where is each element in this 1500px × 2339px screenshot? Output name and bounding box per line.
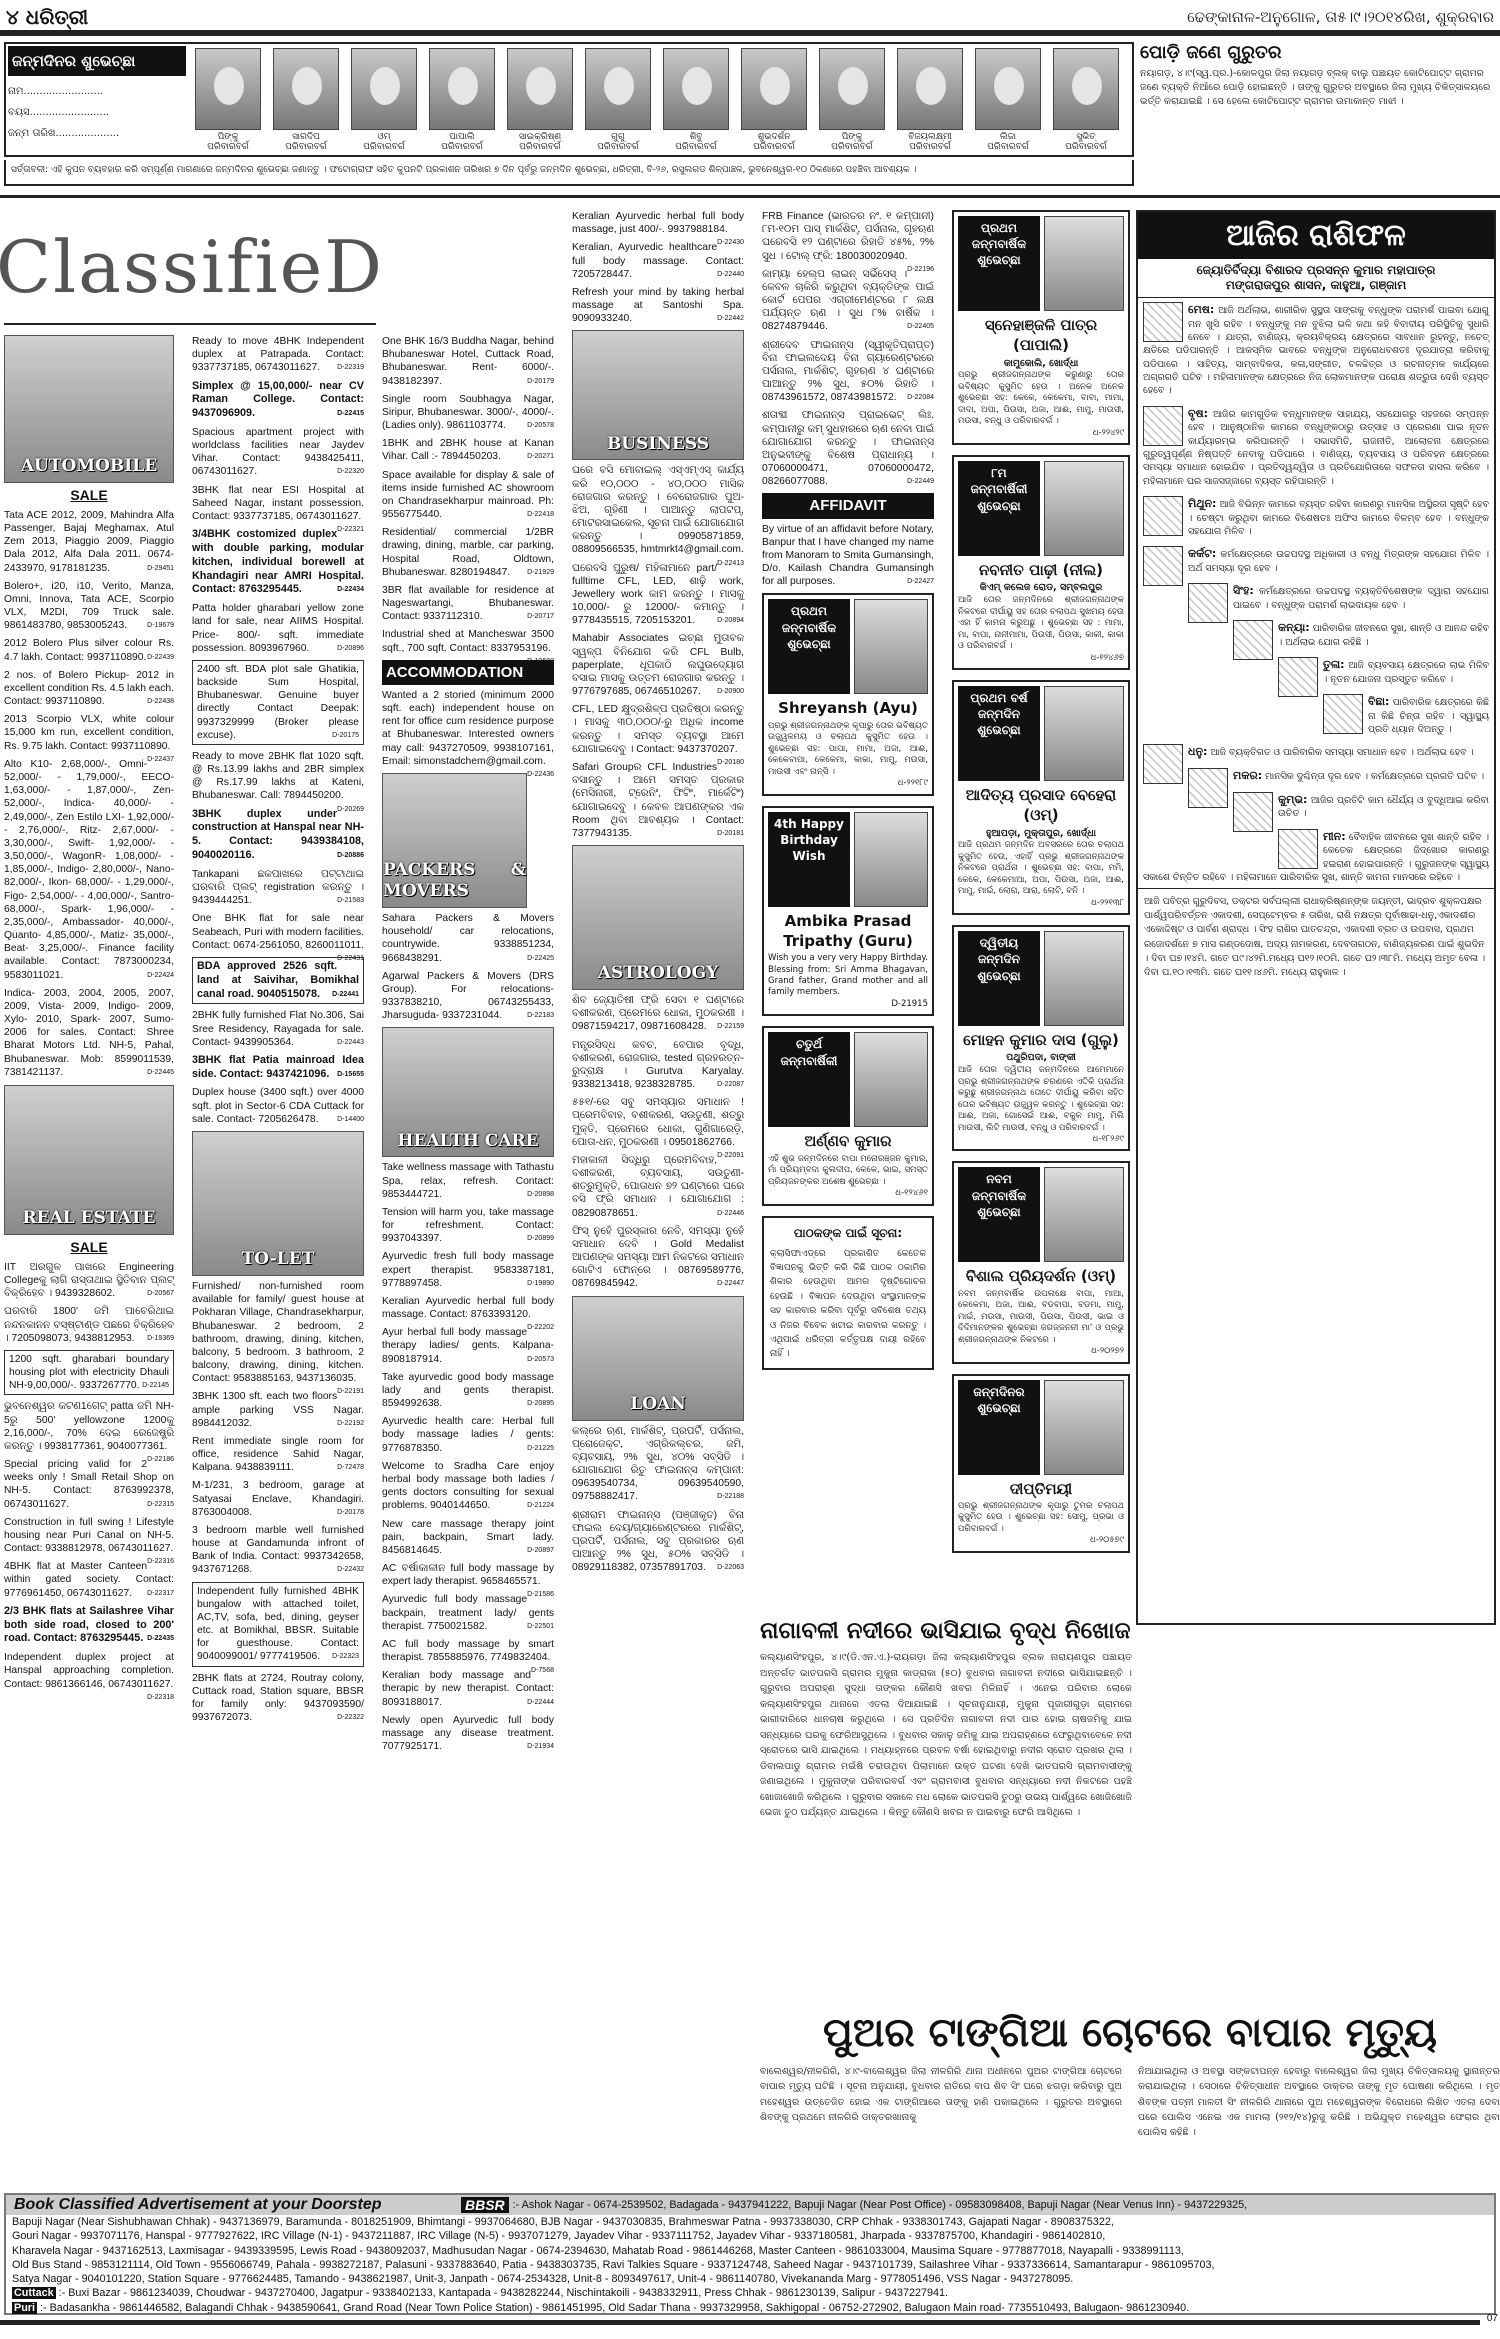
wish-top: ଜନ୍ମଦିନର ଶୁଭେଚ୍ଛା xyxy=(958,1380,1124,1475)
reader-notice-text: କ୍ଲାସିଫାଏଡ୍‌ରେ ପ୍ରକାଶିତ କେତେକ ବିଜ୍ଞାପନକୁ… xyxy=(770,1247,926,1362)
wish-tag: ପ୍ରଥମ ଜନ୍ମବାର୍ଷିକ ଶୁଭେଚ୍ଛା xyxy=(958,216,1040,311)
ad-code: D-21225 xyxy=(527,1445,554,1454)
kid-wisher: ପରିବାରବର୍ଗ xyxy=(1050,142,1122,152)
zodiac-entry: ମିଥୁନ: ଆଜି ବିଭିନ୍ନ କାମରେ ବ୍ୟସ୍ତ ରହିବା କା… xyxy=(1138,492,1494,542)
kid-card: ସୁଭିତ୍ପରିବାରବର୍ଗ xyxy=(1050,48,1122,151)
news-father-body-left: ବାଲେଶ୍ୱର/ନୀଳଗିରି, ୪।୯-ବାଲେଶ୍ୱର ଜିଲା ନୀଳଗ… xyxy=(760,2064,1122,2141)
ad-code: D-20900 xyxy=(717,688,744,697)
ad-text: Independent fully furnished 4BHK bungalo… xyxy=(197,1586,359,1663)
ad-code: D-21929 xyxy=(527,569,554,578)
zodiac-sign-icon xyxy=(1233,792,1273,832)
horoscope-title: ଆଜିର ରାଶିଫଳ xyxy=(1138,212,1494,259)
news-river-body: କଲ୍ୟାଣସିଂହପୁର, ୪।୯(ଡି.ଏନ.ଏ.)-ରାୟଗଡ଼ା ଜିଲ… xyxy=(760,1650,1132,1821)
wish-photo xyxy=(1044,216,1124,311)
zodiac-sign-icon xyxy=(1278,657,1318,697)
classified-ad: 1200 sqft. gharabari boundary housing pl… xyxy=(4,1350,174,1396)
ad-text: 2013 Scorpio VLX, white colour 15,000 km… xyxy=(4,714,174,751)
birthday-wish-ad: ଚତୁର୍ଥ ଜନ୍ମବାର୍ଷିକୀଅର୍ଣ୍ଣବ କୁମାରଏହି ଶୁଭ … xyxy=(762,1026,934,1205)
ad-code: D-22438 xyxy=(147,698,174,707)
ad-text: ଶତାବ୍ଦୀ ଫାଇନାନ୍ସ ପ୍ରାଇଭେଟ୍ ଲିଃ. କମ୍ପାନୀର… xyxy=(762,410,934,487)
real-estate-ads: IIT ଅରଗୁଳ ପାଖରେ Engineering Collegeକୁ ଲା… xyxy=(4,1261,174,1691)
dateline: ଢେଙ୍କାନାଳ-ଅନୁଗୋଳ, ତା୫।୯।୨୦୧୪ରିଖ, ଶୁକ୍ରବା… xyxy=(1187,8,1494,26)
ad-code: D-22436 xyxy=(527,771,554,780)
kid-photo xyxy=(1053,48,1119,130)
zodiac-text: ମାନସିକ ଦୁଶ୍ଚିନ୍ତା ଦୂର ହେବ । କର୍ମକ୍ଷେତ୍ରର… xyxy=(1265,771,1484,782)
ad-code: D-20899 xyxy=(527,1235,554,1244)
classified-ad: Newly open Ayurvedic full body massage a… xyxy=(382,1714,554,1754)
booking-line: Kharavela Nagar - 9437162513, Laxmisagar… xyxy=(6,2244,1494,2258)
ad-code: ଧ-୨୦୨୭୨ xyxy=(958,1346,1124,1357)
ad-text: କଲ୍‌ରେ ଋଣ, ମାର୍କଶିଟ୍, ପ୍ରପର୍ଟି, ପର୍ସନାଲ,… xyxy=(572,1426,744,1503)
wish-photo xyxy=(1044,931,1124,1026)
classified-ad: ୫୫୧/-ରେ ସବୁ ସମସ୍ୟାର ସମାଧାନ ! ପ୍ରେମବିବାହ,… xyxy=(572,1096,744,1149)
ad-code: D-7568 xyxy=(531,1667,554,1676)
wish-message: ଆଜି ତୋର ଜନ୍ମଦିନରେ ଶ୍ରୀଜଗନ୍ନାଥଙ୍କ ନିକଟରେ … xyxy=(958,595,1124,652)
classified-ad: Alto K10- 2,68,000/-, Omni- 52,000/- - 1… xyxy=(4,758,174,982)
classified-ad: Refresh your mind by taking herbal massa… xyxy=(572,286,744,326)
kid-name: ଓମ୍ xyxy=(348,132,420,142)
classified-ad: BDA approved 2526 sqft. land at Saivihar… xyxy=(192,957,364,1004)
ad-code: D-22424 xyxy=(147,972,174,981)
birthday-wish-ad: ୮ମ ଜନ୍ମବାର୍ଷିକୀ ଶୁଭେଚ୍ଛାନବନୀତ ପାଢ଼ୀ (ନୀଲ… xyxy=(952,455,1130,670)
classified-ad: ମହାକାଳୀ ସିଦ୍ଧିରୁ ପ୍ରେମବିବାହ, ବଶୀକରଣ, ବ୍ୟ… xyxy=(572,1154,744,1220)
ad-code: D-22445 xyxy=(147,1069,174,1078)
classified-masthead: ClassifieD xyxy=(4,210,376,325)
classified-ad: Sahara Packers & Movers household/ car r… xyxy=(382,912,554,965)
wish-name: Ambika Prasad Tripathy (Guru) xyxy=(768,911,928,952)
reader-notice: ପାଠକଙ୍କ ପାଇଁ ସୂଚନା: କ୍ଲାସିଫାଏଡ୍‌ରେ ପ୍ରକା… xyxy=(762,1216,934,1370)
cuttack-line: Cuttack :- Buxi Bazar - 9861234039, Chou… xyxy=(6,2286,1494,2300)
ad-code: D-20894 xyxy=(717,617,744,626)
classified-ad: Take wellness massage with Tathastu Spa,… xyxy=(382,1161,554,1201)
booking-line: Gouri Nagar - 9937071176, Hanspal - 9777… xyxy=(6,2229,1494,2243)
coupon-field-name: ନାମ......................... xyxy=(8,86,186,97)
birthday-wish-ad: ପ୍ରଥମ ଜନ୍ମବାର୍ଷିକ ଶୁଭେଚ୍ଛାସ୍ନେହାଞ୍ଜଳି ପା… xyxy=(952,210,1130,445)
kid-photo xyxy=(741,48,807,130)
ad-text: Indica- 2003, 2004, 2005, 2007, 2009, Vi… xyxy=(4,988,174,1078)
wish-top: ପ୍ରଥମ ବର୍ଷ ଜନ୍ମଦିନ ଶୁଭେଚ୍ଛା xyxy=(958,686,1124,781)
kid-card: ସାରଦିପପରିବାରବର୍ଗ xyxy=(270,48,342,151)
ad-text: Wanted a 2 storied (minimum 2000 sqft. e… xyxy=(382,690,554,767)
ad-text: AC full body massage by smart therapist.… xyxy=(382,1639,554,1663)
booking-title: Book Classified Advertisement at your Do… xyxy=(6,2196,461,2214)
horoscope-author: ଜ୍ୟୋତିର୍ବିଦ୍ୟା ବିଶାରଦ ପ୍ରସନ୍ନ କୁମାର ମହାପ… xyxy=(1138,259,1494,298)
wish-photo xyxy=(1044,1167,1124,1262)
wish-top: 4th Happy Birthday Wish xyxy=(768,812,928,907)
author-address: ମଙ୍ଗରାଜପୁର ଶାସନ, କାହୁଆ, ଗଞ୍ଜାମ xyxy=(1142,278,1490,293)
kid-wisher: ପରିବାରବର୍ଗ xyxy=(192,142,264,152)
ad-code: D-20179 xyxy=(527,378,554,387)
tolet-banner-image: TO-LET xyxy=(192,1131,364,1276)
wish-top: ପ୍ରଥମ ଜନ୍ମବାର୍ଷିକ ଶୁଭେଚ୍ଛା xyxy=(768,599,928,694)
wish-message: ଏହି ଶୁଭ ଜନ୍ମଦିନରେ ବାପା ମନୋରଞ୍ଜନ କୁମାର, ମ… xyxy=(768,1154,928,1188)
birthday-wish-ad: ପ୍ରଥମ ଜନ୍ମବାର୍ଷିକ ଶୁଭେଚ୍ଛାShreyansh (Ayu… xyxy=(762,593,934,795)
birthday-wish-ad: ଜନ୍ମଦିନର ଶୁଭେଚ୍ଛାଦୀପ୍ତିମୟୀପ୍ରଭୁ ଶ୍ରୀଜଗନ୍… xyxy=(952,1374,1130,1553)
birthday-wish-ad: ଦ୍ୱିତୀୟ ଜନ୍ମଦିନ ଶୁଭେଚ୍ଛାମୋହନ କୁମାର ଦାସ (… xyxy=(952,925,1130,1151)
wish-message: ନବମ ଜନ୍ମବାର୍ଷିକ ଉପଲକ୍ଷେ ବାପା, ମାଆ, କେକେମ… xyxy=(958,1289,1124,1346)
classified-ad: 2 nos. of Bolero Pickup- 2012 in excelle… xyxy=(4,669,174,709)
ad-code: D-20271 xyxy=(527,453,554,462)
kid-photo xyxy=(975,48,1041,130)
ad-code: D-22405 xyxy=(907,323,934,332)
kids-photo-row: ପିଙ୍କୁପରିବାରବର୍ଗସାରଦିପପରିବାରବର୍ଗଓମ୍ପରିବା… xyxy=(188,44,1126,155)
wish-message: Wish you a very very Happy Birthday. Ble… xyxy=(768,953,928,999)
classified-ad: ଶ୍ରୀରାମ ଫାଇନାନ୍ସ (ପଞ୍ଜୀକୃତ) ବିନା ଫାଇଲ ଦେ… xyxy=(572,1509,744,1575)
classified-ad: 2/3 BHK flats at Sailashree Vihar both s… xyxy=(4,1605,174,1646)
business-banner-image: BUSINESS xyxy=(572,330,744,460)
kid-photo xyxy=(507,48,573,130)
booking-agents-box: Book Classified Advertisement at your Do… xyxy=(4,2193,1496,2315)
ad-code: ଧ-୨୨୪୨୯ xyxy=(958,428,1124,439)
classified-ad: Rent immediate single room for office, r… xyxy=(192,1435,364,1475)
ad-code: D-19679 xyxy=(147,622,174,631)
zodiac-text: ଆଜିର ପ୍ରତିଟି କାମ ଧୈର୍ଯ୍ୟ ଓ ବୁଦ୍ଧିଆଇ କରିବ… xyxy=(1278,795,1489,820)
classified-ad: 2BHK fully furnished Flat No.306, Sai Sr… xyxy=(192,1009,364,1049)
zodiac-text: କର୍ମକ୍ଷେତ୍ରରେ ଉଚ୍ଚପଦସ୍ଥ ବ୍ୟକ୍ତିବିଶେଷଙ୍କ … xyxy=(1233,586,1489,611)
loan-banner-image: LOAN xyxy=(572,1296,744,1421)
wish-name: ବିଶାଲ ପ୍ରିୟଦର୍ଶନ (ଓମ୍) xyxy=(958,1266,1124,1286)
classified-ad: 2400 sft. BDA plot sale Ghatikia, backsi… xyxy=(192,660,364,745)
wish-message: ଆଜି ତୋର ଦ୍ୱିତୀୟ ଜନ୍ମଦିନରେ ଆମେମାନେ ପ୍ରଭୁ … xyxy=(958,1065,1124,1134)
zodiac-text: ଆଜି ବ୍ୟକ୍ତିଗତ ଓ ପାରିବାରିକ ସମସ୍ୟା ସମାଧାନ … xyxy=(1210,747,1473,758)
ad-code: D-22191 xyxy=(337,1388,364,1397)
kid-photo xyxy=(585,48,651,130)
automobile-banner-image: AUTOMOBILE xyxy=(4,335,174,483)
classified-ad: ଘରବାରି 1800' ଜମି ପାଚେରିଥାଇ ନନ୍ଦନକାନନ ବସ୍… xyxy=(4,1305,174,1345)
ad-code: D-20886 xyxy=(337,852,364,861)
ad-code: D-22087 xyxy=(717,1081,744,1090)
wish-tag: ନବମ ଜନ୍ମବାର୍ଷିକ ଶୁଭେଚ୍ଛା xyxy=(958,1167,1040,1262)
tolet-label: TO-LET xyxy=(242,1249,315,1271)
classified-ad: One BHK 16/3 Buddha Nagar, behind Bhuban… xyxy=(382,335,554,388)
zodiac-text: ଆଜିର କାମଗୁଡିକ ବନ୍ଧୁମାନଙ୍କ ସାହାଯ୍ୟ, ସହଯୋଗ… xyxy=(1143,409,1489,487)
ad-code: D-22188 xyxy=(717,1493,744,1502)
ad-code: D-22439 xyxy=(147,654,174,663)
zodiac-name: କନ୍ୟା: xyxy=(1278,621,1310,634)
booking-line: Bapuji Nagar (Near Sishubhawan Chhak) - … xyxy=(6,2215,1494,2229)
ad-text: FRB Finance (ଭାରତର ନଂ. ୧ କମ୍ପାନୀ) ୮ମ-୧୦ମ… xyxy=(762,211,934,262)
wish-place: କାମୁକୋଲି, ଖୋର୍ଦ୍ଧା xyxy=(958,358,1124,371)
wish-top: ପ୍ରଥମ ଜନ୍ମବାର୍ଷିକ ଶୁଭେଚ୍ଛା xyxy=(958,216,1124,311)
classified-ad: Special pricing valid for 2 weeks only !… xyxy=(4,1458,174,1511)
zodiac-sign-icon xyxy=(1143,406,1183,446)
ad-code: D-22425 xyxy=(527,955,554,964)
kid-wisher: ପରିବାରବର୍ଗ xyxy=(972,142,1044,152)
wish-message: ପ୍ରଭୁ ଶ୍ରୀଜଗନ୍ନାଥଙ୍କ କରୁଣାରୁ ତୋର ଭବିଷ୍ୟତ… xyxy=(958,370,1124,427)
classified-ad: Ayurvedic health care: Herbal full body … xyxy=(382,1415,554,1455)
ad-code: ଧ-୨୨୧୩୮ xyxy=(958,898,1124,909)
page-label: ୪ ଧରିତ୍ରୀ xyxy=(6,5,88,29)
classified-ad: Bolero+, i20, i10, Verito, Manza, Omni, … xyxy=(4,580,174,633)
ad-code: D-22317 xyxy=(147,1590,174,1599)
ad-code: D-19680 xyxy=(527,658,554,667)
kid-name: ଲିଜା xyxy=(972,132,1044,142)
kid-name: ପାପାଲି xyxy=(426,132,498,142)
packers-label: PACKERS & MOVERS xyxy=(383,860,526,904)
classified-ad: 2012 Bolero Plus silver colour Rs. 4.7 l… xyxy=(4,637,174,663)
ad-code: D-20897 xyxy=(527,1547,554,1556)
birthday-wish-ad: ପ୍ରଥମ ବର୍ଷ ଜନ୍ମଦିନ ଶୁଭେଚ୍ଛାଆଦିତ୍ୟ ପ୍ରସାଦ… xyxy=(952,680,1130,915)
news-father: ପୁଅର ଟାଙ୍ଗିଆ ଚୋଟରେ ବାପାର ମୃତ୍ୟୁ ବାଲେଶ୍ୱର… xyxy=(760,2010,1500,2141)
ad-code: D-22319 xyxy=(337,364,364,373)
news-river: ନାଗାବଳୀ ନଦୀରେ ଭାସିଯାଇ ବୃଦ୍ଧ ନିଖୋଜ କଲ୍ୟାଣ… xyxy=(760,1618,1132,1821)
ad-code: D-22321 xyxy=(337,526,364,535)
cuttack-agents: :- Buxi Bazar - 9861234039, Choudwar - 9… xyxy=(59,2287,948,2299)
zodiac-entry: ବିଛା: ପାରିବାରିକ କ୍ଷେତ୍ରରେ କିଛି ନା କିଛି ଚ… xyxy=(1138,690,1494,740)
packers-banner-image: PACKERS & MOVERS xyxy=(382,773,527,908)
ad-code: D-19369 xyxy=(147,1335,174,1344)
zodiac-sign-icon xyxy=(1188,583,1228,623)
ad-code: D-22431 xyxy=(337,955,364,964)
zodiac-name: ବିଛା: xyxy=(1368,695,1389,708)
zodiac-entry: କର୍କଟ: କର୍ମକ୍ଷେତ୍ରରେ ଉଚ୍ଚପଦସ୍ଥ ଅଧିକାରୀ ଓ… xyxy=(1138,542,1494,579)
ad-code: D-22427 xyxy=(907,578,934,587)
classified-ad: Keralian Ayurvedic herbal full body mass… xyxy=(382,1295,554,1321)
footer-rule xyxy=(0,2320,1480,2325)
column-rent-health: One BHK 16/3 Buddha Nagar, behind Bhuban… xyxy=(382,335,554,1758)
ad-code: D-22159 xyxy=(717,1023,744,1032)
ad-code: D-20181 xyxy=(717,830,744,839)
kid-wisher: ପରିବାରବର୍ଗ xyxy=(660,142,732,152)
zodiac-sign-icon xyxy=(1143,546,1183,586)
wish-tag: ଦ୍ୱିତୀୟ ଜନ୍ମଦିନ ଶୁଭେଚ୍ଛା xyxy=(958,931,1040,1026)
coupon-terms: ସର୍ତ୍ତାବଳୀ: ଏହି କୁପନ ବ୍ୟବହାର କରି ସମ୍ପୂର୍… xyxy=(4,160,1134,186)
sale-heading: SALE xyxy=(4,487,174,505)
ad-code: D-21224 xyxy=(527,1502,554,1511)
ad-code: D-22322 xyxy=(337,1714,364,1723)
zodiac-entry: ଧନୁ: ଆଜି ବ୍ୟକ୍ତିଗତ ଓ ପାରିବାରିକ ସମସ୍ୟା ସମ… xyxy=(1138,740,1494,764)
zodiac-name: ମିଥୁନ: xyxy=(1188,497,1216,510)
classified-ad: Mahabir Associates ଇଚ୍ଛା ମୁତାବକ ସ୍ୱଳ୍ପ ବ… xyxy=(572,632,744,698)
automobile-ads: Tata ACE 2012, 2009, Mahindra Alfa Passe… xyxy=(4,509,174,1079)
zodiac-entry: ମୀନ: ବୈବାହିକ ଜୀବନରେ ସୁଖ ଶାନ୍ତି ରହିବ । କେ… xyxy=(1138,825,1494,889)
kid-card: ଗୁଗୁପରିବାରବର୍ଗ xyxy=(582,48,654,151)
birthday-wish-ad: ନବମ ଜନ୍ମବାର୍ଷିକ ଶୁଭେଚ୍ଛାବିଶାଲ ପ୍ରିୟଦର୍ଶନ… xyxy=(952,1161,1130,1363)
healthcare-label: HEALTH CARE xyxy=(397,1131,538,1153)
booking-line: Old Bus Stand - 9853121114, Old Town - 9… xyxy=(6,2258,1494,2272)
wish-message: ପ୍ରଭୁ ଶ୍ରୀଜଗନ୍ନାଥଙ୍କ କୃପାରୁ ତୋର ଭବିଷ୍ୟତ … xyxy=(768,721,928,778)
booking-line-0: :- Ashok Nagar - 0674-2539502, Badagada … xyxy=(513,2199,1247,2211)
ad-code: D-22063 xyxy=(717,1564,744,1573)
ad-code: D-22432 xyxy=(337,1566,364,1575)
column-automobile-realestate: AUTOMOBILE SALE Tata ACE 2012, 2009, Mah… xyxy=(4,335,174,1703)
ad-code: D-22145 xyxy=(142,1382,169,1391)
kid-wisher: ପରିବାରବର୍ଗ xyxy=(582,142,654,152)
ad-text: Construction in full swing ! Lifestyle h… xyxy=(4,1517,174,1554)
classified-ad: ଫିସ୍ ନୁହେଁ ପୁରସ୍କାର ନେବି, ସମସ୍ୟା ନୁହେଁ ସ… xyxy=(572,1225,744,1291)
ad-code: D-22440 xyxy=(717,271,744,280)
kid-photo xyxy=(273,48,339,130)
classified-ad: ଭୁବନେଶ୍ୱର କଟଣ1ଗେଟ୍ patta ଜମି NH-5ରୁ 500'… xyxy=(4,1400,174,1453)
classified-ad: AC ବର୍ଷାକାଳୀନ full body massage by exper… xyxy=(382,1562,554,1588)
astrology-banner-image: ASTROLOGY xyxy=(572,845,744,990)
puri-tag: Puri xyxy=(12,2302,37,2314)
classified-ad: Indica- 2003, 2004, 2005, 2007, 2009, Vi… xyxy=(4,987,174,1079)
classified-ad: FRB Finance (ଭାରତର ନଂ. ୧ କମ୍ପାନୀ) ୮ମ-୧୦ମ… xyxy=(762,210,934,263)
zodiac-list: ମେଷ: ଆଜି ଅର୍ଥଲାଭ, ଶାରୀରିକ ସୁସ୍ଥତା ସାଙ୍ଗକ… xyxy=(1138,298,1494,888)
wish-place: କିଏମ୍ କଲେଜ ରୋଡ, ସମ୍ବଲପୁର xyxy=(958,582,1124,595)
classified-ad: Construction in full swing ! Lifestyle h… xyxy=(4,1516,174,1556)
coupon-field-dob: ଜନ୍ମ ତାରିଖ.................... xyxy=(8,128,186,139)
ad-code: D-22501 xyxy=(527,1623,554,1632)
classified-ad: 3BR flat available for residence at Nage… xyxy=(382,584,554,624)
kid-photo xyxy=(663,48,729,130)
classified-ad: ଶତାବ୍ଦୀ ଫାଇନାନ୍ସ ପ୍ରାଇଭେଟ୍ ଲିଃ. କମ୍ପାନୀର… xyxy=(762,409,934,488)
classified-ad: Keralian Ayurvedic herbal full body mass… xyxy=(572,210,744,236)
classified-ad: AC full body massage by smart therapist.… xyxy=(382,1638,554,1664)
ad-code: D-22316 xyxy=(147,1558,174,1567)
kid-card: ଓମ୍ପରିବାରବର୍ଗ xyxy=(348,48,420,151)
page-header: ୪ ଧରିତ୍ରୀ ଢେଙ୍କାନାଳ-ଅନୁଗୋଳ, ତା୫।୯।୨୦୧୪ରି… xyxy=(0,0,1500,34)
kid-photo xyxy=(429,48,495,130)
ad-code: D-20896 xyxy=(337,645,364,654)
wishes-col6: ପ୍ରଥମ ଜନ୍ମବାର୍ଷିକ ଶୁଭେଚ୍ଛାସ୍ନେହାଞ୍ଜଳି ପା… xyxy=(952,210,1130,1553)
ad-code: D-22441 xyxy=(332,991,359,1000)
classified-ad: Industrial shed at Mancheswar 3500 sqft.… xyxy=(382,628,554,654)
zodiac-sign-icon xyxy=(1233,620,1273,660)
ad-code: ଧ-୧୨୪୬୧ xyxy=(768,1188,928,1199)
astrology-ads: ଶିବ ଜ୍ୟୋତିଷୀ ଫ୍ରି ସେବା ୧ ଘଣ୍ଟାରେ ବଶୀକରଣ,… xyxy=(572,994,744,1291)
ad-code: D-20175 xyxy=(332,732,359,741)
ad-text: Furnished/ non-furnished room available … xyxy=(192,1281,364,1384)
loan-label: LOAN xyxy=(630,1394,686,1416)
zodiac-text: ଆଜି ବ୍ୟବସାୟ କ୍ଷେତ୍ରରେ ଲାଭ ମିଳିବ । ନୂତନ ଯ… xyxy=(1323,660,1489,685)
classified-ad: Residential/ commercial 1/2BR drawing, d… xyxy=(382,526,554,579)
puri-line: Puri :- Badasankha - 9861446582, Balagan… xyxy=(6,2301,1494,2315)
zodiac-entry: ମେଷ: ଆଜି ଅର୍ଥଲାଭ, ଶାରୀରିକ ସୁସ୍ଥତା ସାଙ୍ଗକ… xyxy=(1138,298,1494,402)
news-father-headline: ପୁଅର ଟାଙ୍ଗିଆ ଚୋଟରେ ବାପାର ମୃତ୍ୟୁ xyxy=(760,2010,1500,2056)
kid-photo xyxy=(195,48,261,130)
classified-ad: Safari Groupର CFL Industries ବସାନ୍ତୁ । ଆ… xyxy=(572,761,744,840)
ad-code: D-22443 xyxy=(337,1039,364,1048)
kid-name: ବିଜୟଲକ୍ଷ୍ମୀ xyxy=(894,132,966,142)
classified-ad: Take ayurvedic good body massage lady an… xyxy=(382,1371,554,1411)
wish-tag: ଚତୁର୍ଥ ଜନ୍ମବାର୍ଷିକୀ xyxy=(768,1032,850,1127)
wish-name: ସ୍ନେହାଞ୍ଜଳି ପାତ୍ର (ପାପାଲି) xyxy=(958,315,1124,356)
ad-code: D-22315 xyxy=(147,1501,174,1510)
kid-wisher: ପରିବାରବର୍ଗ xyxy=(738,142,810,152)
real-estate-label: REAL ESTATE xyxy=(23,1208,156,1230)
classified-ad: Ready to move 4BHK Independent duplex at… xyxy=(192,335,364,375)
news-headline: ପୋଡ଼ି ଜଣେ ଗୁରୁତର xyxy=(1140,42,1496,63)
ad-code: D-19890 xyxy=(527,1280,554,1289)
classified-ad: କାମ୍ୟା ହେଲ୍ପ ଲାଇନ୍ ସର୍ଭିସେସ୍ । କେବଳ ଚାକି… xyxy=(762,268,934,334)
kid-photo xyxy=(351,48,417,130)
ad-code: ଧ-୧୮୨୬୯ xyxy=(958,1134,1124,1145)
classified-ad: ମନ୍ତ୍ରସିଦ୍ଧ କବଚ, ବେପାର ବୃଦ୍ଧି, ବଶୀକରଣ, ର… xyxy=(572,1039,744,1092)
wish-photo xyxy=(1044,686,1124,781)
wish-message: ପ୍ରଭୁ ଶ୍ରୀଜଗନ୍ନାଥଙ୍କ କୃପାରୁ ତୁମର ଚଲାପଥ କ… xyxy=(958,1501,1124,1535)
wish-tag: ୮ମ ଜନ୍ମବାର୍ଷିକୀ ଶୁଭେଚ୍ଛା xyxy=(958,461,1040,556)
birthday-wish-ad: 4th Happy Birthday WishAmbika Prasad Tri… xyxy=(762,806,934,1017)
kid-wisher: ପରିବାରବର୍ଗ xyxy=(894,142,966,152)
classified-ad: 3/4BHK costomized duplex with double par… xyxy=(192,528,364,597)
ad-code: D-22437 xyxy=(147,756,174,765)
classified-ad: 3BHK flat Patia mainroad Idea side. Cont… xyxy=(192,1054,364,1082)
puri-agents: :- Badasankha - 9861446582, Balagandi Ch… xyxy=(40,2302,1189,2314)
kid-name: ସାଇକ୍ରିଷ୍ଣ xyxy=(504,132,576,142)
ad-code: D-21583 xyxy=(337,897,364,906)
classified-ad: Single room Soubhagya Nagar, Siripur, Bh… xyxy=(382,393,554,433)
zodiac-entry: ତୁଳା: ଆଜି ବ୍ୟବସାୟ କ୍ଷେତ୍ରରେ ଲାଭ ମିଳିବ । … xyxy=(1138,653,1494,690)
kid-name: ସୁଭିତ୍ xyxy=(1050,132,1122,142)
ad-text: 3BHK flat near ESI Hospital at Saheed Na… xyxy=(192,485,364,522)
ad-code: D-22091 xyxy=(717,1152,744,1161)
zodiac-sign-icon xyxy=(1143,496,1183,536)
classified-ad: Furnished/ non-furnished room available … xyxy=(192,1280,364,1385)
zodiac-name: କର୍କଟ: xyxy=(1188,547,1216,560)
wish-name: ଅର୍ଣ୍ଣବ କୁମାର xyxy=(768,1131,928,1151)
massage-ads: Keralian Ayurvedic herbal full body mass… xyxy=(572,210,744,325)
coupon-field-age: ବୟସ......................... xyxy=(8,107,186,118)
classified-ad: Agarwal Packers & Movers (DRS Group). Fo… xyxy=(382,970,554,1023)
classified-ad: Ayurvedic fresh full body massage expert… xyxy=(382,1250,554,1290)
ad-text: 3/4BHK costomized duplex with double par… xyxy=(192,528,364,595)
ad-code: D-22202 xyxy=(527,1324,554,1333)
kid-wisher: ପରିବାରବର୍ଗ xyxy=(426,142,498,152)
ad-code: D-22084 xyxy=(907,394,934,403)
wish-top: ନବମ ଜନ୍ମବାର୍ଷିକ ଶୁଭେଚ୍ଛା xyxy=(958,1167,1124,1262)
packers-ads: Sahara Packers & Movers household/ car r… xyxy=(382,912,554,1022)
kid-card: ଲିଜାପରିବାରବର୍ଗ xyxy=(972,48,1044,151)
news-body: ନୟାଗଡ଼, ୪।୯(ସ୍ୱ.ପ୍ର.)-କୋଳପୁର ଜିଲା ନୟାଗଡ଼… xyxy=(1140,67,1496,108)
wish-photo xyxy=(854,812,928,907)
ad-code: D-22430 xyxy=(717,239,744,248)
ad-code: D-22192 xyxy=(337,1420,364,1429)
ad-code: D-20578 xyxy=(527,422,554,431)
ad-code: D-20567 xyxy=(147,1290,174,1299)
classified-ad: ଘରେବସି ପୁରୁଷ/ ମହିଳାମାନେ part/ fulltime C… xyxy=(572,562,744,628)
zodiac-name: କୁମ୍ଭ: xyxy=(1278,793,1307,806)
ad-code: D-20898 xyxy=(527,1191,554,1200)
author-name: ଜ୍ୟୋତିର୍ବିଦ୍ୟା ବିଶାରଦ ପ୍ରସନ୍ନ କୁମାର ମହାପ… xyxy=(1142,263,1490,278)
classified-ad: Patta holder gharabari yellow zone land … xyxy=(192,602,364,655)
zodiac-text: ଆଜି ବିଭିନ୍ନ କାମରେ ବ୍ୟସ୍ତ ରହିବା କାରଣରୁ ମା… xyxy=(1188,499,1489,537)
zodiac-sign-icon xyxy=(1143,744,1183,784)
kid-photo xyxy=(897,48,963,130)
ad-code: D-22320 xyxy=(337,468,364,477)
classified-ad: 3BHK duplex under construction at Hanspa… xyxy=(192,808,364,863)
rent-ads: One BHK 16/3 Buddha Nagar, behind Bhuban… xyxy=(382,335,554,655)
ad-text: Independent duplex project at Hanspal ap… xyxy=(4,1652,174,1689)
kid-name: ଶୁଭଦର୍ଶନ xyxy=(738,132,810,142)
kid-name: ପିଙ୍କୁ xyxy=(192,132,264,142)
ad-code: D-21586 xyxy=(527,1591,554,1600)
affidavit-heading: AFFIDAVIT xyxy=(762,493,934,518)
reader-notice-title: ପାଠକଙ୍କ ପାଇଁ ସୂଚନା: xyxy=(770,1224,926,1243)
kid-card: ପିଙ୍କୁପରିବାରବର୍ଗ xyxy=(192,48,264,151)
ad-text: ଘରେ ବସି ମୋବାଇଲ୍ ଏସ୍‌ଏମ୍‌ଏସ୍ କାର୍ଯ୍ୟ କରି … xyxy=(572,465,744,555)
automobile-label: AUTOMOBILE xyxy=(21,456,157,478)
kid-name: ଗୁଗୁ xyxy=(582,132,654,142)
ad-text: Industrial shed at Mancheswar 3500 sqft.… xyxy=(382,629,554,653)
astrology-label: ASTROLOGY xyxy=(598,963,718,985)
ad-text: Keralian Ayurvedic herbal full body mass… xyxy=(382,1296,554,1320)
bbsr-tag: BBSR xyxy=(461,2197,509,2213)
ad-code: D-20180 xyxy=(717,759,744,768)
ad-code: D-72478 xyxy=(337,1464,364,1473)
ad-code: D-22196 xyxy=(907,266,934,275)
ad-code: D-21915 xyxy=(768,999,928,1010)
zodiac-name: ତୁଳା: xyxy=(1323,658,1345,671)
classified-ad: କଲ୍‌ରେ ଋଣ, ମାର୍କଶିଟ୍, ପ୍ରପର୍ଟି, ପର୍ସନାଲ,… xyxy=(572,1425,744,1504)
ad-code: D-22183 xyxy=(527,1012,554,1021)
section-divider xyxy=(0,195,1500,198)
classified-ad: 2BHK flats at 2724, Routray colony, Cutt… xyxy=(192,1672,364,1725)
classified-ad: ଶ୍ରୀଦେବ ଫାଇନାନ୍ସ (ସ୍ୱୀକୃତିପ୍ରାପ୍ତ) ବିନା … xyxy=(762,339,934,405)
classified-ad: Independent duplex project at Hanspal ap… xyxy=(4,1651,174,1691)
ad-text: Ready to move 2BHK flat 1020 sqft. @ Rs.… xyxy=(192,751,364,802)
